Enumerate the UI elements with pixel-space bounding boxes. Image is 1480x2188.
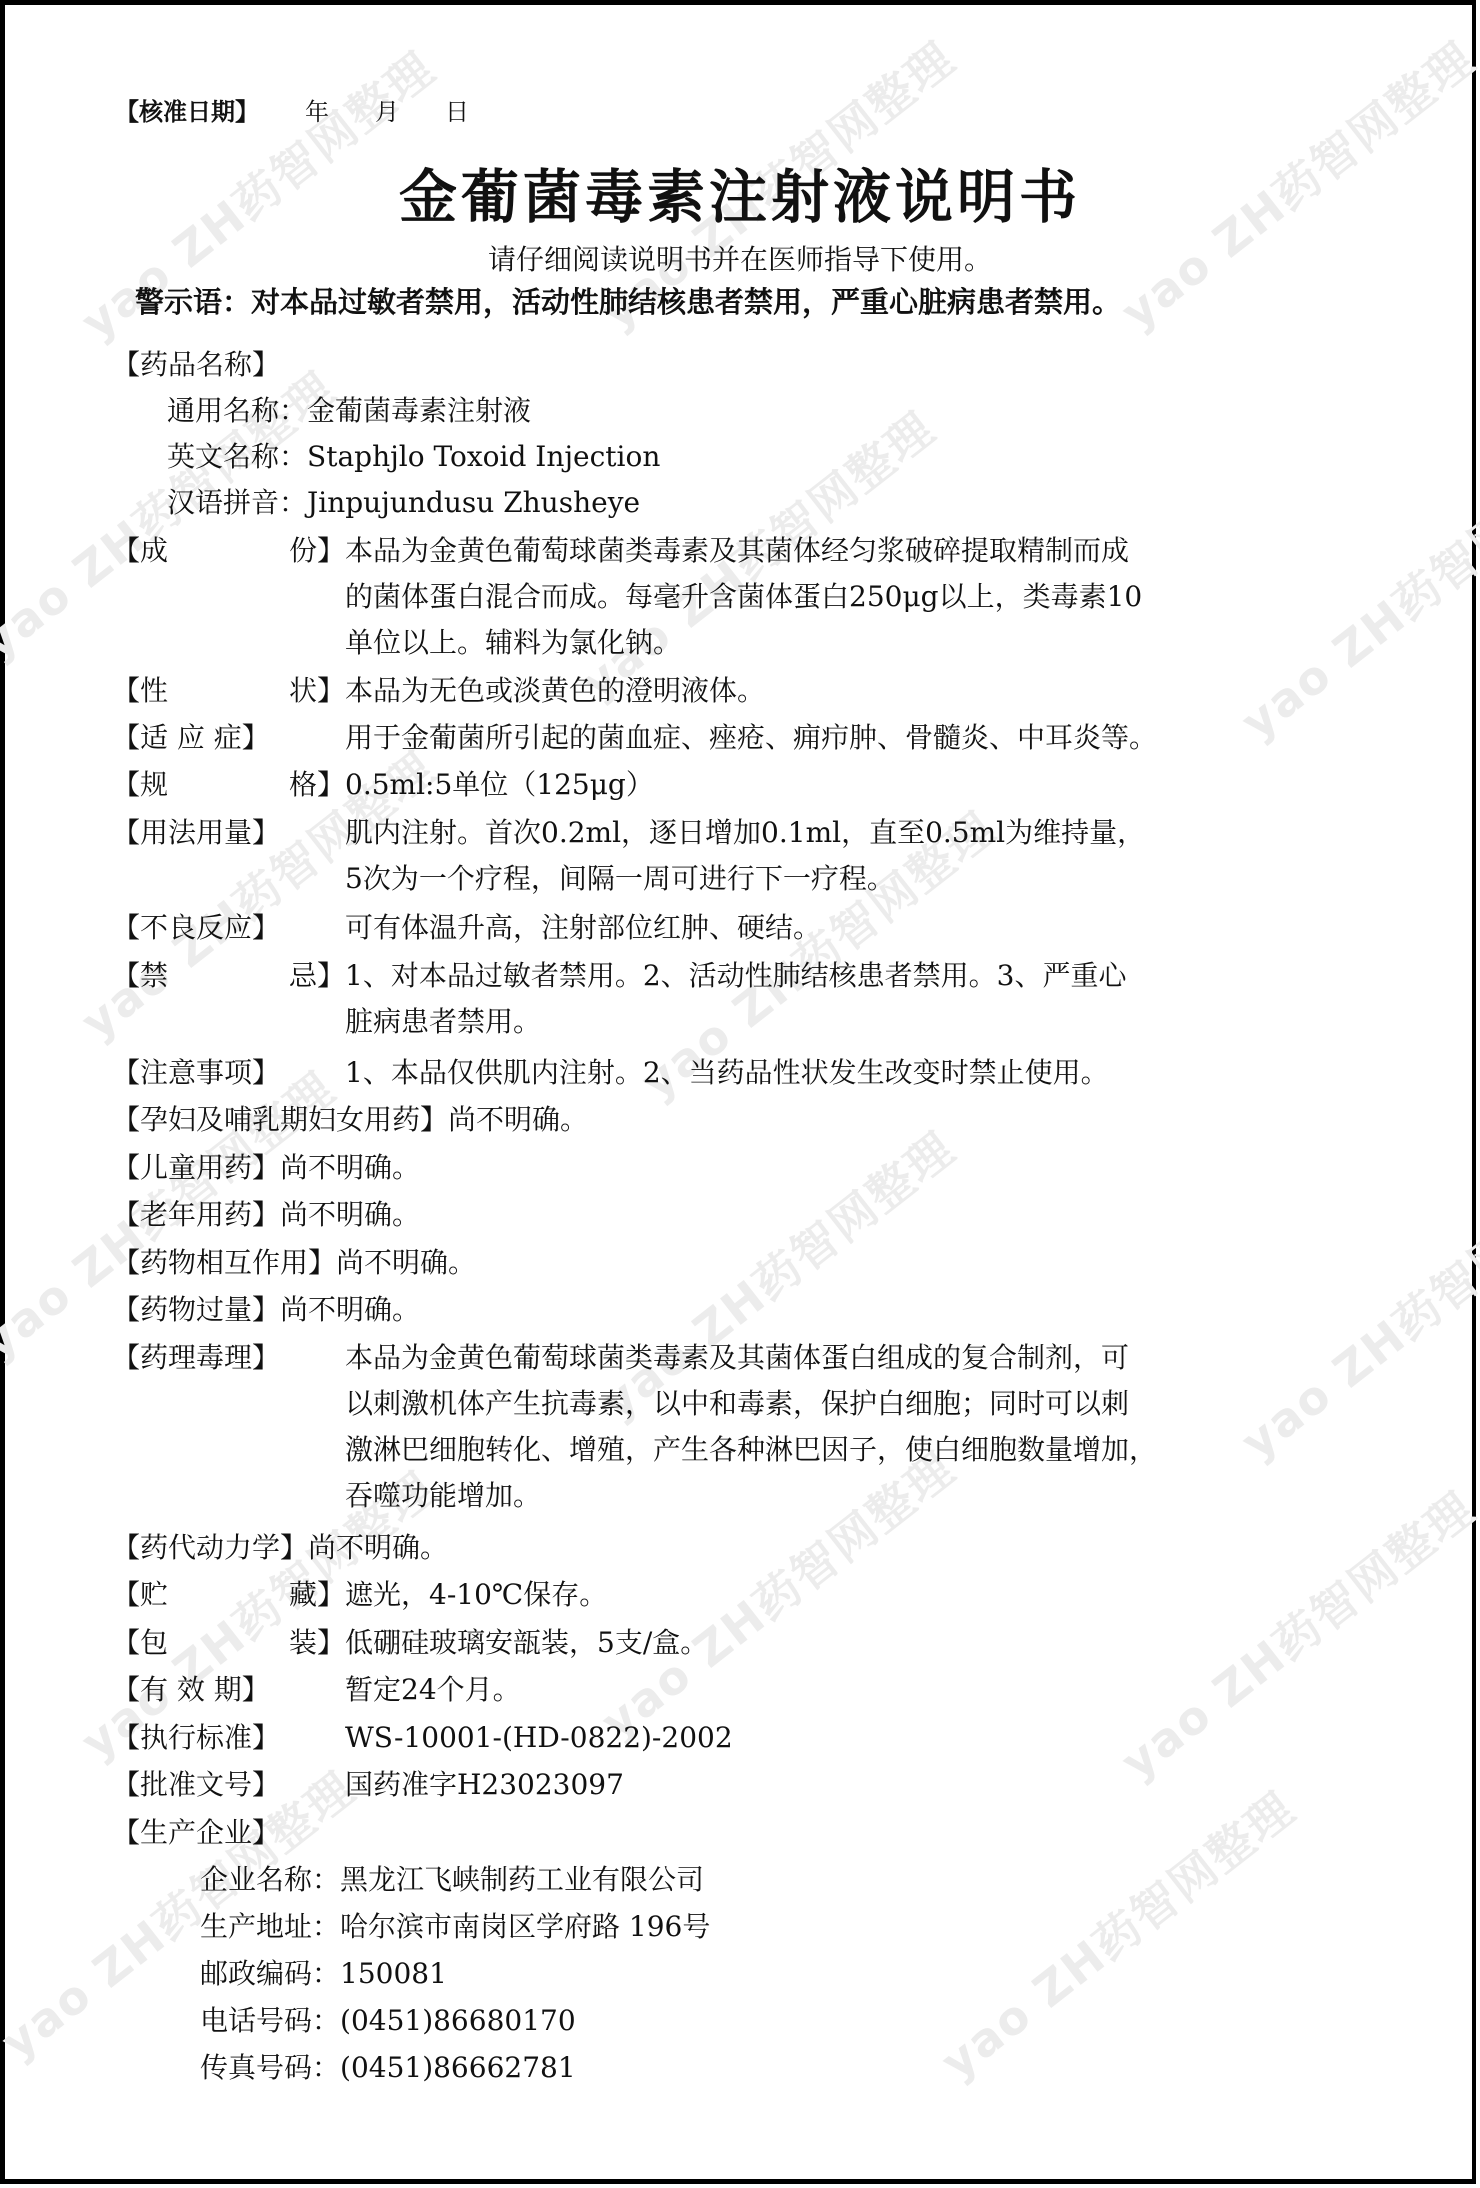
section-label: 【批准文号】 (112, 1762, 345, 1808)
approval-date: 【核准日期】 年月日 (115, 92, 515, 127)
section-dosage: 【用法用量】 肌内注射。首次0.2ml，逐日增加0.1ml，直至0.5ml为维持… (112, 810, 1325, 902)
section-label: 【注意事项】 (112, 1050, 345, 1096)
field-value: (0451)86680170 (340, 2004, 576, 2037)
section-label: 【孕妇及哺乳期妇女用药】 (112, 1097, 448, 1143)
field-label: 汉语拼音： (167, 486, 307, 519)
section-label: 【生产企业】 (112, 1810, 280, 1856)
section-pregnancy: 【孕妇及哺乳期妇女用药】 尚不明确。 (112, 1097, 588, 1143)
field-label: 通用名称： (167, 394, 307, 427)
field-value: 黑龙江飞峡制药工业有限公司 (340, 1863, 704, 1896)
document-subtitle: 请仔细阅读说明书并在医师指导下使用。 (0, 238, 1480, 278)
section-adverse-reactions: 【不良反应】 可有体温升高，注射部位红肿、硬结。 (112, 905, 1325, 951)
section-value: 可有体温升高，注射部位红肿、硬结。 (345, 905, 1325, 951)
section-label: 【老年用药】 (112, 1192, 280, 1238)
section-description: 【性状】 本品为无色或淡黄色的澄明液体。 (112, 668, 1325, 714)
manufacturer-name: 企业名称：黑龙江飞峡制药工业有限公司 (200, 1857, 704, 1903)
section-value: 尚不明确。 (336, 1240, 476, 1286)
section-interactions: 【药物相互作用】 尚不明确。 (112, 1240, 476, 1286)
section-label: 【贮藏】 (112, 1572, 345, 1618)
section-drug-name: 【药品名称】 (112, 342, 280, 388)
section-value: 本品为金黄色葡萄球菌类毒素及其菌体经匀浆破碎提取精制而成 的菌体蛋白混合而成。每… (345, 528, 1325, 666)
section-label: 【适 应 症】 (112, 715, 345, 761)
section-label: 【儿童用药】 (112, 1145, 280, 1191)
section-pharmacology: 【药理毒理】 本品为金黄色葡萄球菌类毒素及其菌体蛋白组成的复合制剂，可 以刺激机… (112, 1335, 1325, 1519)
section-value: WS-10001-(HD-0822)-2002 (345, 1715, 1325, 1761)
section-value: 国药准字H23023097 (345, 1762, 1325, 1808)
field-label: 邮政编码： (200, 1957, 340, 1990)
field-value: Staphjlo Toxoid Injection (307, 440, 660, 473)
section-value: 低硼硅玻璃安瓿装，5支/盒。 (345, 1620, 1325, 1666)
section-package: 【包装】 低硼硅玻璃安瓿装，5支/盒。 (112, 1620, 1325, 1666)
section-value: 1、对本品过敏者禁用。2、活动性肺结核患者禁用。3、严重心 脏病患者禁用。 (345, 953, 1325, 1045)
section-value: 1、本品仅供肌内注射。2、当药品性状发生改变时禁止使用。 (345, 1050, 1325, 1096)
section-manufacturer: 【生产企业】 (112, 1810, 280, 1856)
section-validity: 【有 效 期】 暂定24个月。 (112, 1667, 1325, 1713)
generic-name: 通用名称：金葡菌毒素注射液 (167, 388, 531, 434)
approval-date-fields: 年月日 (305, 92, 515, 127)
section-label: 【药理毒理】 (112, 1335, 345, 1519)
section-value: 0.5ml:5单位（125μg） (345, 762, 1325, 808)
section-label: 【成份】 (112, 528, 345, 666)
day-unit: 日 (445, 92, 515, 127)
field-label: 传真号码： (200, 2051, 340, 2084)
section-label: 【不良反应】 (112, 905, 345, 951)
section-label: 【药物相互作用】 (112, 1240, 336, 1286)
section-label: 【禁忌】 (112, 953, 345, 1045)
section-label: 【规格】 (112, 762, 345, 808)
section-storage: 【贮藏】 遮光，4-10℃保存。 (112, 1572, 1325, 1618)
approval-date-label: 【核准日期】 (115, 92, 259, 127)
section-value: 尚不明确。 (280, 1145, 420, 1191)
section-value: 用于金葡菌所引起的菌血症、痤疮、痈疖肿、骨髓炎、中耳炎等。 (345, 715, 1325, 761)
section-composition: 【成份】 本品为金黄色葡萄球菌类毒素及其菌体经匀浆破碎提取精制而成 的菌体蛋白混… (112, 528, 1325, 666)
section-label: 【性状】 (112, 668, 345, 714)
section-value: 本品为无色或淡黄色的澄明液体。 (345, 668, 1325, 714)
section-label: 【包装】 (112, 1620, 345, 1666)
section-overdose: 【药物过量】 尚不明确。 (112, 1287, 420, 1333)
section-standard: 【执行标准】 WS-10001-(HD-0822)-2002 (112, 1715, 1325, 1761)
field-value: 金葡菌毒素注射液 (307, 394, 531, 427)
section-approval-number: 【批准文号】 国药准字H23023097 (112, 1762, 1325, 1808)
manufacturer-postcode: 邮政编码：150081 (200, 1951, 447, 1997)
section-pediatric: 【儿童用药】 尚不明确。 (112, 1145, 420, 1191)
section-label: 【药物过量】 (112, 1287, 280, 1333)
section-label: 【有 效 期】 (112, 1667, 345, 1713)
section-precautions: 【注意事项】 1、本品仅供肌内注射。2、当药品性状发生改变时禁止使用。 (112, 1050, 1325, 1096)
section-value: 遮光，4-10℃保存。 (345, 1572, 1325, 1618)
section-value: 尚不明确。 (448, 1097, 588, 1143)
field-value: 哈尔滨市南岗区学府路 196号 (340, 1910, 710, 1943)
section-label: 【用法用量】 (112, 810, 345, 902)
section-geriatric: 【老年用药】 尚不明确。 (112, 1192, 420, 1238)
manufacturer-address: 生产地址：哈尔滨市南岗区学府路 196号 (200, 1904, 710, 1950)
year-unit: 年 (305, 92, 375, 127)
section-value: 尚不明确。 (280, 1287, 420, 1333)
section-label: 【药代动力学】 (112, 1525, 308, 1571)
section-indications: 【适 应 症】 用于金葡菌所引起的菌血症、痤疮、痈疖肿、骨髓炎、中耳炎等。 (112, 715, 1325, 761)
section-pharmacokinetics: 【药代动力学】 尚不明确。 (112, 1525, 448, 1571)
section-value: 肌内注射。首次0.2ml，逐日增加0.1ml，直至0.5ml为维持量， 5次为一… (345, 810, 1325, 902)
field-label: 英文名称： (167, 440, 307, 473)
section-contraindications: 【禁忌】 1、对本品过敏者禁用。2、活动性肺结核患者禁用。3、严重心 脏病患者禁… (112, 953, 1325, 1045)
section-label: 【执行标准】 (112, 1715, 345, 1761)
section-value: 尚不明确。 (280, 1192, 420, 1238)
english-name: 英文名称：Staphjlo Toxoid Injection (167, 434, 660, 480)
manufacturer-fax: 传真号码：(0451)86662781 (200, 2045, 576, 2091)
field-label: 企业名称： (200, 1863, 340, 1896)
field-value: 150081 (340, 1957, 447, 1990)
document-title: 金葡菌毒素注射液说明书 (0, 150, 1480, 234)
section-value: 本品为金黄色葡萄球菌类毒素及其菌体蛋白组成的复合制剂，可 以刺激机体产生抗毒素，… (345, 1335, 1325, 1519)
section-specification: 【规格】 0.5ml:5单位（125μg） (112, 762, 1325, 808)
field-label: 电话号码： (200, 2004, 340, 2037)
section-value: 尚不明确。 (308, 1525, 448, 1571)
month-unit: 月 (375, 92, 445, 127)
section-value: 暂定24个月。 (345, 1667, 1325, 1713)
section-label: 【药品名称】 (112, 342, 280, 388)
manufacturer-phone: 电话号码：(0451)86680170 (200, 1998, 576, 2044)
field-value: (0451)86662781 (340, 2051, 576, 2084)
field-label: 生产地址： (200, 1910, 340, 1943)
warning-text: 警示语：对本品过敏者禁用，活动性肺结核患者禁用，严重心脏病患者禁用。 (135, 280, 1121, 321)
pinyin-name: 汉语拼音：Jinpujundusu Zhusheye (167, 480, 640, 526)
field-value: Jinpujundusu Zhusheye (307, 486, 640, 519)
